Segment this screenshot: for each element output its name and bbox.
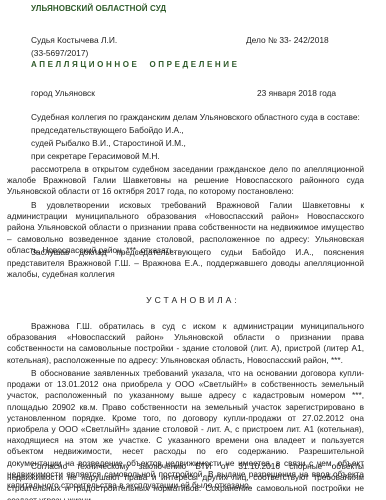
- document-title: АПЕЛЛЯЦИОННОЕОПРЕДЕЛЕНИЕ: [31, 60, 240, 69]
- court-secretary: при секретаре Герасимовой М.Н.: [31, 151, 160, 161]
- judge-name: Судья Костычева Л.И.: [31, 35, 117, 45]
- court-name: УЛЬЯНОВСКИЙ ОБЛАСТНОЙ СУД: [31, 4, 166, 13]
- city: город Ульяновск: [31, 88, 95, 98]
- paragraph-hearing: Заслушав доклад председательствующего су…: [7, 247, 364, 281]
- document-date: 23 января 2018 года: [257, 88, 336, 98]
- composition-intro: Судебная коллегия по гражданским делам У…: [31, 112, 360, 122]
- paragraph-claim: Вражнова Г.Ш. обратилась в суд с иском к…: [7, 321, 364, 366]
- title-word-1: АПЕЛЛЯЦИОННОЕ: [31, 60, 139, 69]
- panel-judges: судей Рыбалко В.И., Старостиной И.М.,: [31, 138, 186, 148]
- paragraph-technical-conclusion: Согласно техническому заключению БТИ от …: [7, 461, 364, 500]
- presiding-judge: председательствующего Бабойдо И.А.,: [31, 125, 184, 135]
- title-word-2: ОПРЕДЕЛЕНИЕ: [149, 60, 239, 69]
- previous-case-number: (33-5697/2017): [31, 48, 88, 58]
- section-heading: УСТАНОВИЛА:: [0, 295, 386, 305]
- case-number: Дело № 33- 242/2018: [246, 35, 329, 45]
- paragraph-proceedings: рассмотрела в открытом судебном заседани…: [7, 164, 364, 198]
